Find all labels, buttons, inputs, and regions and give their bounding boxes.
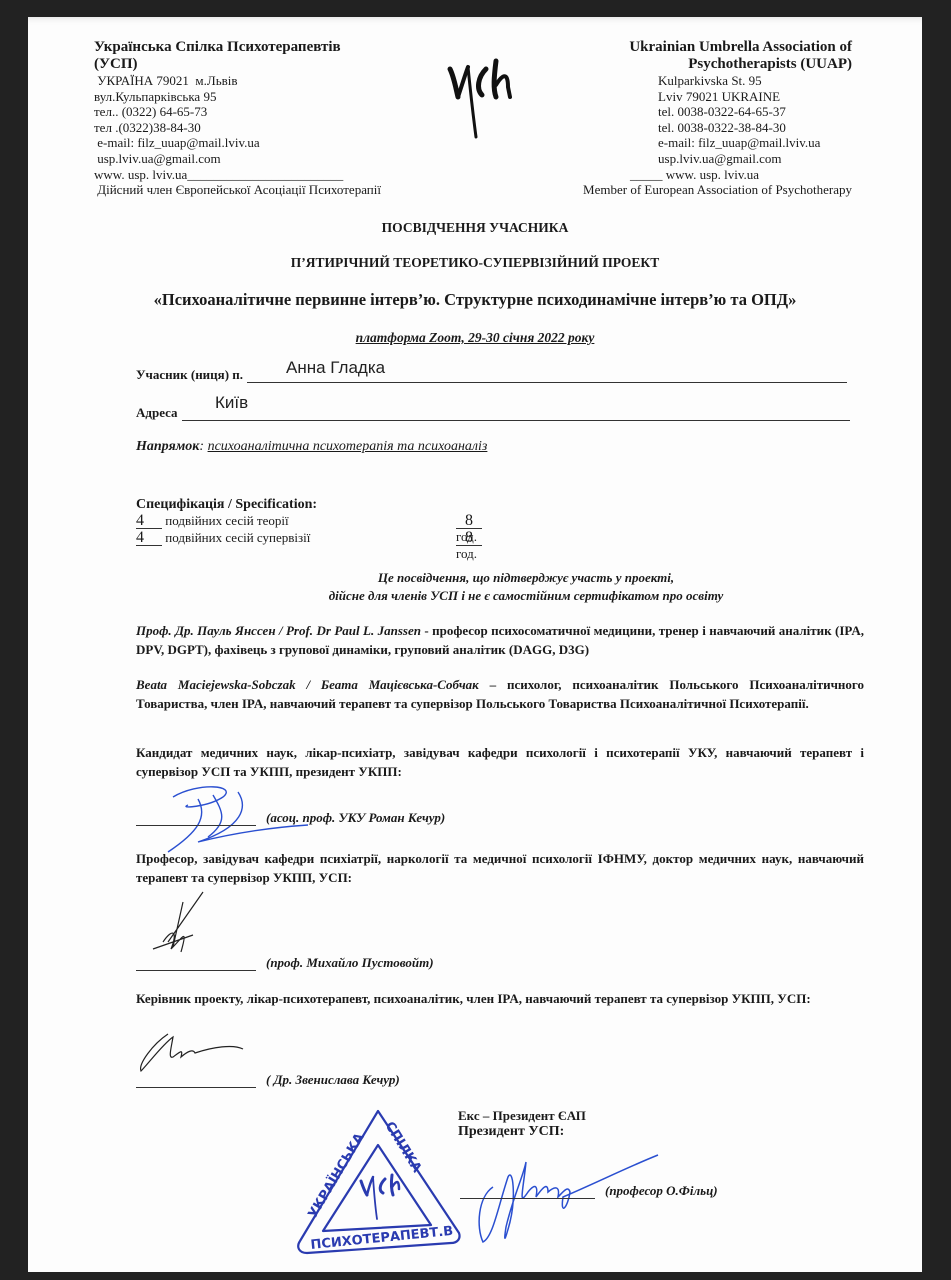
participant-value: Анна Гладка xyxy=(286,358,385,378)
address-label: Адреса xyxy=(136,405,178,421)
president-name: (професор О.Фільц) xyxy=(605,1183,718,1199)
project-title: П’ЯТИРІЧНИЙ ТЕОРЕТИКО-СУПЕРВІЗІЙНИЙ ПРОЕ… xyxy=(28,255,922,271)
trainer-maciejewska: Beata Maciejewska-Sobczak / Беата Мацієв… xyxy=(136,675,864,713)
phone-line: tel. 0038-0322-64-65-37 xyxy=(658,104,852,120)
direction-value: психоаналітична психотерапія та психоана… xyxy=(208,439,488,454)
specification: Специфікація / Specification: 4 подвійни… xyxy=(136,497,317,547)
org-name-en: Ukrainian Umbrella Association of xyxy=(583,39,852,56)
email-line: usp.lviv.ua@gmail.com xyxy=(658,151,852,167)
address-line: вул.Кульпарківська 95 xyxy=(94,89,381,105)
website-line: _____ www. usp. lviv.ua xyxy=(630,167,852,183)
signatory-line: (проф. Михайло Пустовойт) xyxy=(136,955,434,971)
membership-line: Member of European Association of Psycho… xyxy=(583,182,852,198)
trainer-name: Проф. Др. Пауль Янссен / Prof. Dr Paul L… xyxy=(136,623,421,638)
president-line: Екс – Президент ЄАП xyxy=(458,1108,586,1124)
email-line: e-mail: filz_uuap@mail.lviv.ua xyxy=(658,135,852,151)
signatory-description: Кандидат медичних наук, лікар-психіатр, … xyxy=(136,743,864,781)
signatory-name: ( Др. Звенислава Кечур) xyxy=(266,1072,400,1088)
specification-heading: Специфікація / Specification: xyxy=(136,497,317,513)
participant-label: Учасник (ниця) п. xyxy=(136,367,243,383)
spec-label: подвійних сесій супервізії xyxy=(165,530,310,545)
participant-line xyxy=(247,381,847,383)
certificate-title: ПОСВІДЧЕННЯ УЧАСНИКА xyxy=(28,220,922,236)
website-line: www. usp. lviv.ua_______________________… xyxy=(94,167,381,183)
email-line: e-mail: filz_uuap@mail.lviv.ua xyxy=(94,135,381,151)
spec-unit: год. xyxy=(456,546,477,561)
org-name-ua: Українська Спілка Психотерапевтів xyxy=(94,39,381,56)
address-line xyxy=(182,419,850,421)
letterhead-left: Українська Спілка Психотерапевтів (УСП) … xyxy=(94,39,381,198)
signature-kechur-z xyxy=(133,1029,253,1074)
trainer-name: Beata Maciejewska-Sobczak / Беата Мацієв… xyxy=(136,677,479,692)
signature-pustovoit xyxy=(143,887,233,957)
address-line: Kulparkivska St. 95 xyxy=(658,73,852,89)
participant-field: Учасник (ниця) п. xyxy=(136,367,847,383)
stamp-text-right: СПІЛКА xyxy=(382,1119,425,1175)
stamp-logo-icon xyxy=(361,1175,399,1219)
uuap-logo-icon xyxy=(438,47,518,147)
course-title: «Психоаналітичне первинне інтерв’ю. Стру… xyxy=(28,290,922,310)
organization-stamp: УКРАЇНСЬКА СПІЛКА ПСИХОТЕРАПЕВТ.В xyxy=(293,1107,463,1257)
signatory-line: (асоц. проф. УКУ Роман Кечур) xyxy=(136,810,445,826)
spec-label: подвійних сесій теорії xyxy=(165,513,288,528)
signature-line xyxy=(136,825,256,826)
platform-date: платформа Zoom, 29-30 січня 2022 року xyxy=(28,330,922,346)
phone-line: tel. 0038-0322-38-84-30 xyxy=(658,120,852,136)
address-line: Lviv 79021 UKRAINE xyxy=(658,89,852,105)
spec-row-supervision: 4 подвійних сесій супервізії 8 год. xyxy=(136,530,317,547)
notice-line: Це посвідчення, що підтверджує участь у … xyxy=(256,569,796,587)
spec-row-theory: 4 подвійних сесій теорії 8 год. xyxy=(136,513,317,530)
notice-line: дійсне для членів УСП і не є самостійним… xyxy=(256,587,796,605)
signatory-line: ( Др. Звенислава Кечур) xyxy=(136,1072,400,1088)
address-value: Київ xyxy=(215,393,248,413)
org-abbr-ua: (УСП) xyxy=(94,56,381,73)
org-abbr-en: Psychotherapists (UUAP) xyxy=(583,56,852,73)
trainer-janssen: Проф. Др. Пауль Янссен / Prof. Dr Paul L… xyxy=(136,621,864,659)
direction-label: Напрямок xyxy=(136,439,199,454)
spec-hours: 8 xyxy=(456,530,482,546)
phone-line: тел .(0322)38-84-30 xyxy=(94,120,381,136)
document-page: Українська Спілка Психотерапевтів (УСП) … xyxy=(28,17,922,1272)
signatory-description: Керівник проекту, лікар-психотерапевт, п… xyxy=(136,989,864,1008)
phone-line: тел.. (0322) 64-65-73 xyxy=(94,104,381,120)
signatory-description: Професор, завідувач кафедри психіатрії, … xyxy=(136,849,864,887)
spec-hours: 8 xyxy=(456,513,482,529)
email-line: usp.lviv.ua@gmail.com xyxy=(94,151,381,167)
president-title: Екс – Президент ЄАП Президент УСП: xyxy=(458,1108,586,1140)
signatory-name: (проф. Михайло Пустовойт) xyxy=(266,955,434,971)
spec-count: 4 xyxy=(136,530,162,546)
membership-line: Дійсний член Європейської Асоціації Псих… xyxy=(94,182,381,198)
signature-line xyxy=(136,1087,256,1088)
letterhead-right: Ukrainian Umbrella Association of Psycho… xyxy=(583,39,852,198)
signature-line xyxy=(136,970,256,971)
address-line: УКРАЇНА 79021 м.Львів xyxy=(94,73,381,89)
direction-field: Напрямок: психоаналітична психотерапія т… xyxy=(136,439,487,455)
signature-line xyxy=(460,1198,595,1199)
signatory-name: (асоц. проф. УКУ Роман Кечур) xyxy=(266,810,445,826)
president-signature-row: (професор О.Фільц) xyxy=(460,1183,718,1199)
validity-notice: Це посвідчення, що підтверджує участь у … xyxy=(256,569,796,605)
spec-count: 4 xyxy=(136,513,162,529)
